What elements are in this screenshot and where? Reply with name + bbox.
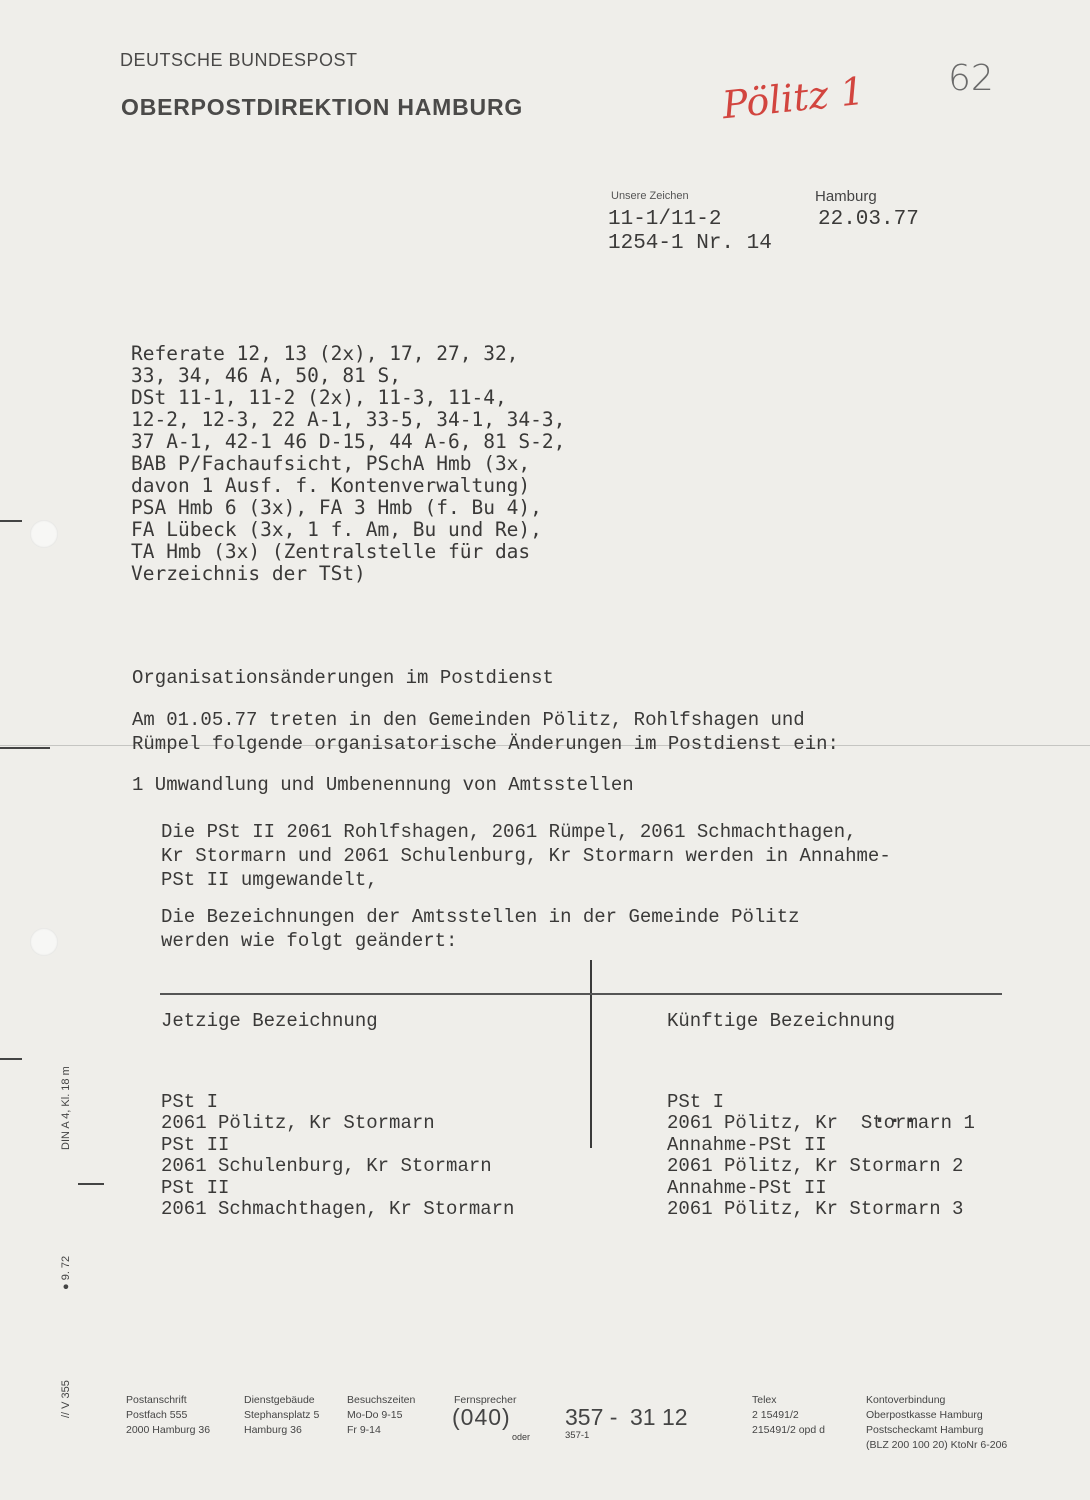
form-number-label: // V 355 (60, 1380, 72, 1418)
form-size-label: DIN A 4, Kl. 18 m (60, 1066, 72, 1150)
footer-bank-account: Kontoverbindung Oberpostkasse Hamburg Po… (866, 1393, 1007, 1453)
table-cell: Annahme-PSt II (667, 1135, 975, 1157)
subject-line: Organisationsänderungen im Postdienst (132, 667, 554, 689)
fold-mark (0, 1058, 22, 1060)
table-cell: PSt II (161, 1135, 514, 1157)
phone-alt-label: oder (512, 1432, 530, 1442)
section-1-title: 1 Umwandlung und Umbenennung von Amtsste… (132, 774, 634, 796)
footer-telex: Telex 2 15491/2 215491/2 opd d (752, 1393, 825, 1438)
phone-area-code: (040) (452, 1404, 511, 1431)
fold-mark (78, 1183, 104, 1185)
table-cell: 2061 Schulenburg, Kr Stormarn (161, 1156, 514, 1178)
paragraph-renaming: Die Bezeichnungen der Amtsstellen in der… (161, 905, 800, 953)
footer-visiting-hours: Besuchszeiten Mo-Do 9-15 Fr 9-14 (347, 1393, 415, 1438)
paragraph-conversion: Die PSt II 2061 Rohlfshagen, 2061 Rümpel… (161, 820, 891, 892)
footer-office-building: Dienstgebäude Stephansplatz 5 Hamburg 36 (244, 1393, 319, 1438)
table-divider-vertical (590, 960, 592, 1148)
handwritten-note-red: Pölitz 1 (720, 69, 867, 128)
table-cell: PSt II (161, 1178, 514, 1200)
table-cell: 2061 Pölitz, Kr Stormarn (161, 1113, 514, 1135)
reference-line-1: 11-1/11-2 (608, 208, 721, 231)
phone-extension: 31 12 (630, 1404, 688, 1431)
fold-mark (0, 747, 50, 749)
letter-date: 22.03.77 (818, 208, 919, 231)
column-future: Künftige Bezeichnung PSt I2061 Pölitz, K… (667, 968, 975, 1264)
distribution-list: Referate 12, 13 (2x), 17, 27, 32, 33, 34… (131, 343, 565, 585)
column-current: Jetzige Bezeichnung PSt I2061 Pölitz, Kr… (161, 968, 514, 1264)
handwritten-page-number: 62 (948, 58, 994, 99)
column-header-current: Jetzige Bezeichnung (161, 1011, 514, 1033)
table-cell: 2061 Pölitz, Kr Stormarn 1 (667, 1113, 975, 1135)
continuation-mark: ... (873, 1104, 919, 1129)
place-label: Hamburg (815, 188, 877, 205)
intro-paragraph: Am 01.05.77 treten in den Gemeinden Pöli… (132, 708, 839, 756)
table-cell: Annahme-PSt II (667, 1178, 975, 1200)
fold-mark (0, 520, 22, 522)
phone-alt-number: 357-1 (565, 1430, 589, 1441)
organization-name: DEUTSCHE BUNDESPOST (120, 50, 358, 71)
print-date-label: ● 9. 72 (60, 1256, 72, 1290)
reference-line-2: 1254-1 Nr. 14 (608, 232, 772, 255)
table-cell: 2061 Pölitz, Kr Stormarn 3 (667, 1199, 975, 1221)
punch-hole (30, 520, 58, 548)
directorate-name: OBERPOSTDIREKTION HAMBURG (121, 94, 523, 121)
column-header-future: Künftige Bezeichnung (667, 1011, 975, 1033)
punch-hole (30, 928, 58, 956)
table-cell: 2061 Schmachthagen, Kr Stormarn (161, 1199, 514, 1221)
table-cell: 2061 Pölitz, Kr Stormarn 2 (667, 1156, 975, 1178)
reference-label: Unsere Zeichen (611, 190, 689, 202)
table-cell: PSt I (667, 1092, 975, 1114)
footer-postal-address: Postanschrift Postfach 555 2000 Hamburg … (126, 1393, 210, 1438)
table-cell: PSt I (161, 1092, 514, 1114)
phone-prefix: 357 - (565, 1404, 617, 1431)
copyright-icon: ● (60, 1280, 72, 1290)
